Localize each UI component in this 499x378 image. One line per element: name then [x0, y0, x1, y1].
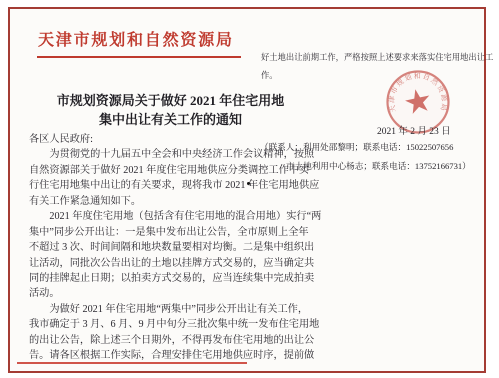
body-line: 活动。: [29, 286, 318, 301]
body-line: 自然资源部关于做好 2021 年度住宅用地供应分类调控工作中实: [29, 163, 318, 178]
red-highlight-underline: [17, 362, 247, 364]
body-line: 为做好 2021 年住宅用地“两集中”同步公开出让有关工作，: [29, 302, 318, 317]
notice-title: 市规划资源局关于做好 2021 年住宅用地 集中出让有关工作的通知: [28, 91, 313, 129]
notice-title-line2: 集中出让有关工作的通知: [28, 110, 313, 129]
body-line: 集中”同步公开出让：一是集中发布出让公告，全市原则上全年: [29, 225, 318, 240]
body-line: 我市确定于 3 月、6 月、9 月中旬分三批次集中统一发布住宅用地: [29, 317, 318, 332]
body-line: 2021 年度住宅用地（包括含有住宅用地的混合用地）实行“两: [29, 209, 318, 224]
continuation-text-line1: 好土地出让前期工作，严格按照上述要求来落实住宅用地出让工: [261, 51, 491, 63]
contact-line2: 市土地利用中心杨志；联系电话：13752166731）: [286, 160, 471, 172]
body-line: 的出让公告，除上述三个日期外，不得再发布住宅用地的出让公: [29, 333, 318, 348]
contact-line1: （联系人：利用处邵黎明；联系电话：15022507656: [260, 141, 453, 153]
agency-letterhead: 天津市规划和自然资源局: [38, 27, 248, 50]
letterhead-rule: [37, 56, 241, 58]
scanned-notice-document: 天津市规划和自然资源局 市规划资源局关于做好 2021 年住宅用地 集中出让有关…: [0, 0, 499, 378]
issue-date: 2021 年 2 月 23 日: [377, 123, 451, 137]
notice-body: 各区人民政府: 为贯彻党的十九届五中全会和中央经济工作会议精神，按照 自然资源部…: [29, 132, 318, 364]
body-line: 同的挂牌起止日期；以拍卖方式交易的，应当连续集中完成拍卖: [29, 271, 318, 286]
ink-dot-artifact: [247, 182, 250, 185]
continuation-text-line2: 作。: [261, 69, 278, 81]
body-line: 让活动，同批次公告出让的土地以挂牌方式交易的，应当确定共: [29, 256, 318, 271]
notice-title-line1: 市规划资源局关于做好 2021 年住宅用地: [28, 91, 313, 110]
body-line: 不超过 3 次、时间间隔和地块数量要相对均衡。二是集中组织出: [29, 240, 318, 255]
body-line: 行住宅用地集中出让的有关要求，现将我市 2021 年住宅用地供应: [29, 178, 318, 193]
body-line: 有关工作紧急通知如下。: [29, 194, 318, 209]
